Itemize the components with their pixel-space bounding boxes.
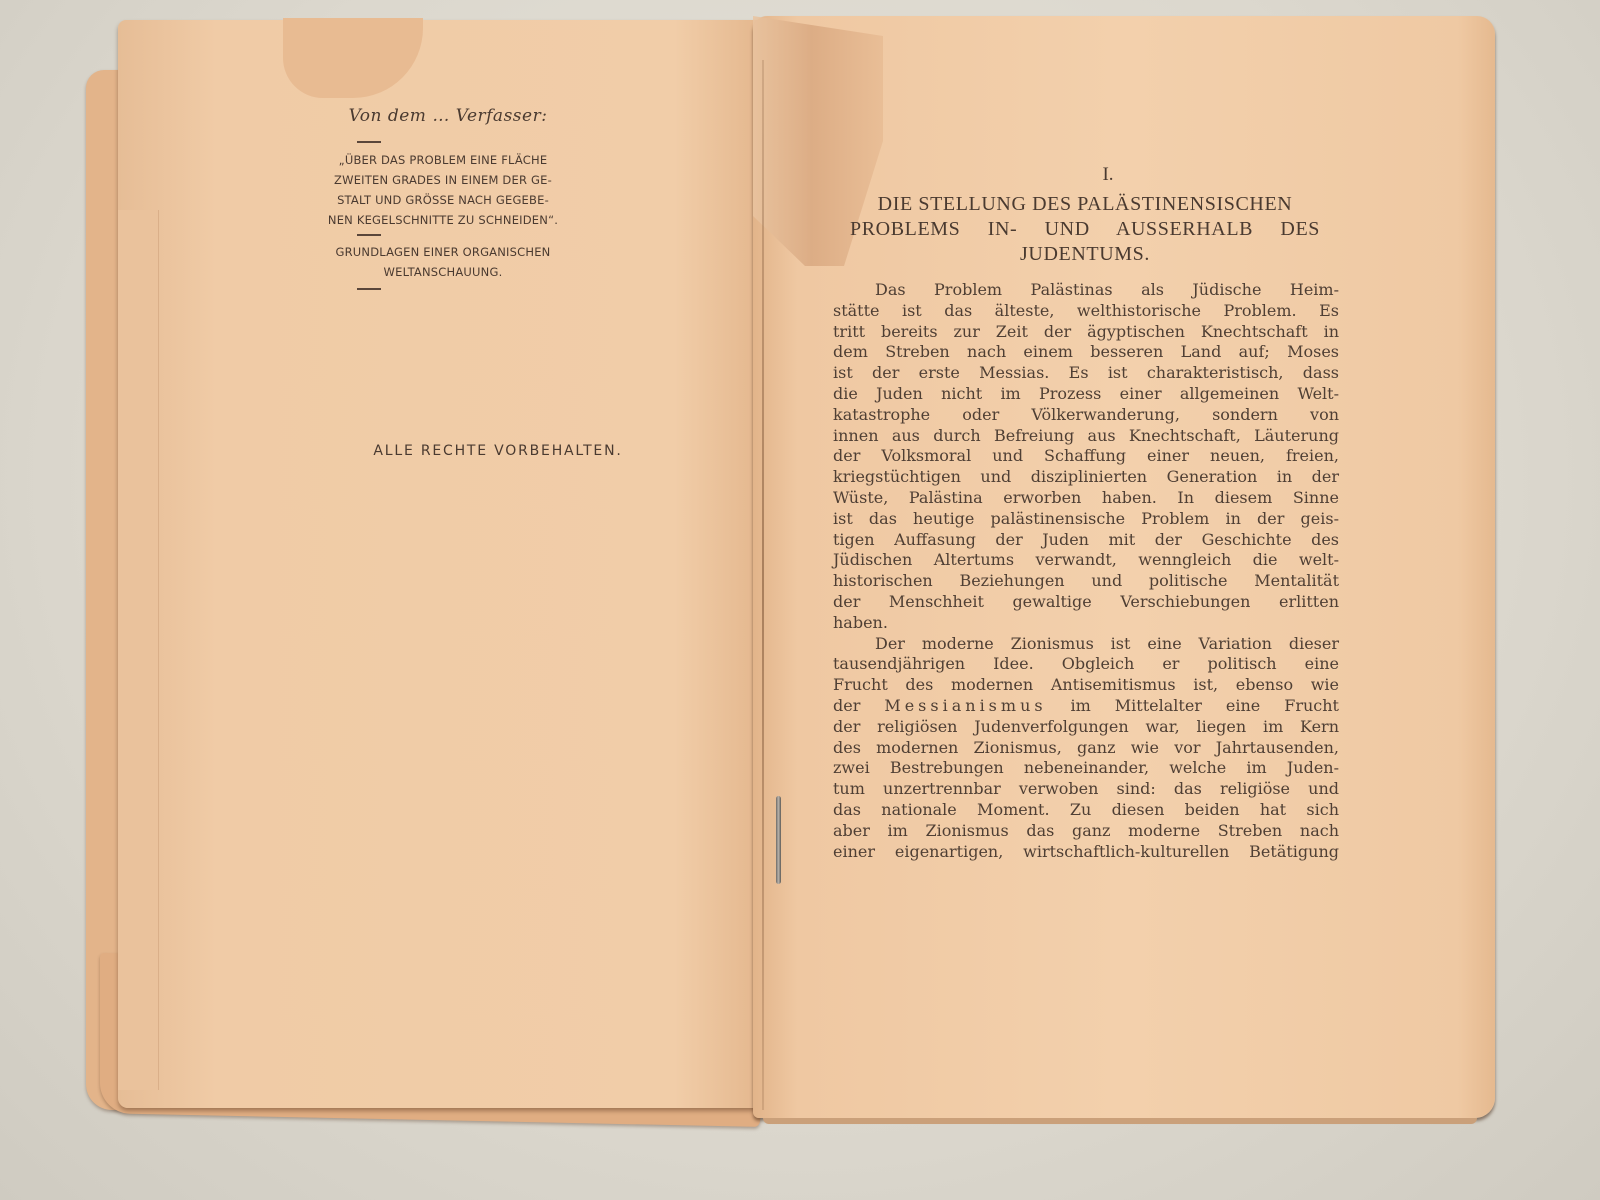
- paragraph-line: einer eigenartigen, wirtschaftlich-kultu…: [833, 842, 1339, 863]
- paragraph-line: der religiösen Judenverfolgungen war, li…: [833, 717, 1339, 738]
- paragraph-line: katastrophe oder Völkerwanderung, sonder…: [833, 405, 1339, 426]
- torn-corner: [283, 18, 423, 98]
- paragraph-line: dem Streben nach einem besseren Land auf…: [833, 342, 1339, 363]
- paragraph-line: die Juden nicht im Prozess einer allgeme…: [833, 384, 1339, 405]
- body-text: Das Problem Palästinas als Jüdische Heim…: [833, 280, 1339, 862]
- page-edge: [763, 1118, 1477, 1124]
- paragraph-line: ist das heutige palästinensische Problem…: [833, 509, 1339, 530]
- paragraph-line: zwei Bestrebungen nebeneinander, welche …: [833, 758, 1339, 779]
- paragraph-line: tritt bereits zur Zeit der ägyptischen K…: [833, 322, 1339, 343]
- chapter-number: I.: [1088, 164, 1128, 186]
- work-title-2: GRUNDLAGEN EINER ORGANISCHEN WELTANSCHAU…: [253, 242, 633, 282]
- paragraph-line: der Volksmoral und Schaffung einer neuen…: [833, 446, 1339, 467]
- paragraph-line: Das Problem Palästinas als Jüdische Heim…: [833, 280, 1339, 301]
- book-spine-gutter: [762, 60, 764, 1110]
- rights-notice: ALLE RECHTE VORBEHALTEN.: [298, 443, 698, 459]
- paragraph-line: haben.: [833, 613, 1339, 634]
- staple: [776, 796, 781, 884]
- paragraph-line: des modernen Zionismus, ganz wie vor Jah…: [833, 738, 1339, 759]
- paragraph-line: der Menschheit gewaltige Verschiebungen …: [833, 592, 1339, 613]
- divider-rule: [357, 288, 381, 290]
- divider-rule: [357, 141, 381, 143]
- paragraph-line: aber im Zionismus das ganz moderne Streb…: [833, 821, 1339, 842]
- paragraph-line: kriegstüchtigen und disziplinierten Gene…: [833, 467, 1339, 488]
- torn-flap: [118, 210, 159, 1090]
- paragraph-line: Der moderne Zionismus ist eine Variation…: [833, 634, 1339, 655]
- paragraph-line: Frucht des modernen Antisemitismus ist, …: [833, 675, 1339, 696]
- paragraph-line: Jüdischen Altertums verwandt, wenngleich…: [833, 550, 1339, 571]
- work-title-1: „ÜBER DAS PROBLEM EINE FLÄCHE ZWEITEN GR…: [253, 150, 633, 230]
- paragraph-line: tausendjährigen Idee. Obgleich er politi…: [833, 654, 1339, 675]
- paragraph-line: innen aus durch Befreiung aus Knechtscha…: [833, 426, 1339, 447]
- paragraph-line: historischen Beziehungen und politische …: [833, 571, 1339, 592]
- paragraph-line: tum unzertrennbar verwoben sind: das rel…: [833, 779, 1339, 800]
- emphasized-word: Messianismus: [884, 696, 1046, 715]
- author-works-heading: Von dem … Verfasser:: [288, 106, 608, 126]
- divider-rule: [357, 234, 381, 236]
- right-page: I. DIE STELLUNG DES PALÄSTINENSISCHEN PR…: [753, 16, 1495, 1118]
- left-page: Von dem … Verfasser: „ÜBER DAS PROBLEM E…: [118, 20, 773, 1108]
- paragraph-line: der Messianismus im Mittelalter eine Fru…: [833, 696, 1339, 717]
- chapter-title: DIE STELLUNG DES PALÄSTINENSISCHEN PROBL…: [850, 192, 1320, 267]
- paragraph-line: ist der erste Messias. Es ist charakteri…: [833, 363, 1339, 384]
- paragraph-line: das nationale Moment. Zu diesen beiden h…: [833, 800, 1339, 821]
- paragraph-line: Wüste, Palästina erworben haben. In dies…: [833, 488, 1339, 509]
- paragraph-line: tigen Auffasung der Juden mit der Geschi…: [833, 530, 1339, 551]
- open-book: Von dem … Verfasser: „ÜBER DAS PROBLEM E…: [0, 0, 1600, 1200]
- paragraph-line: stätte ist das älteste, welthistorische …: [833, 301, 1339, 322]
